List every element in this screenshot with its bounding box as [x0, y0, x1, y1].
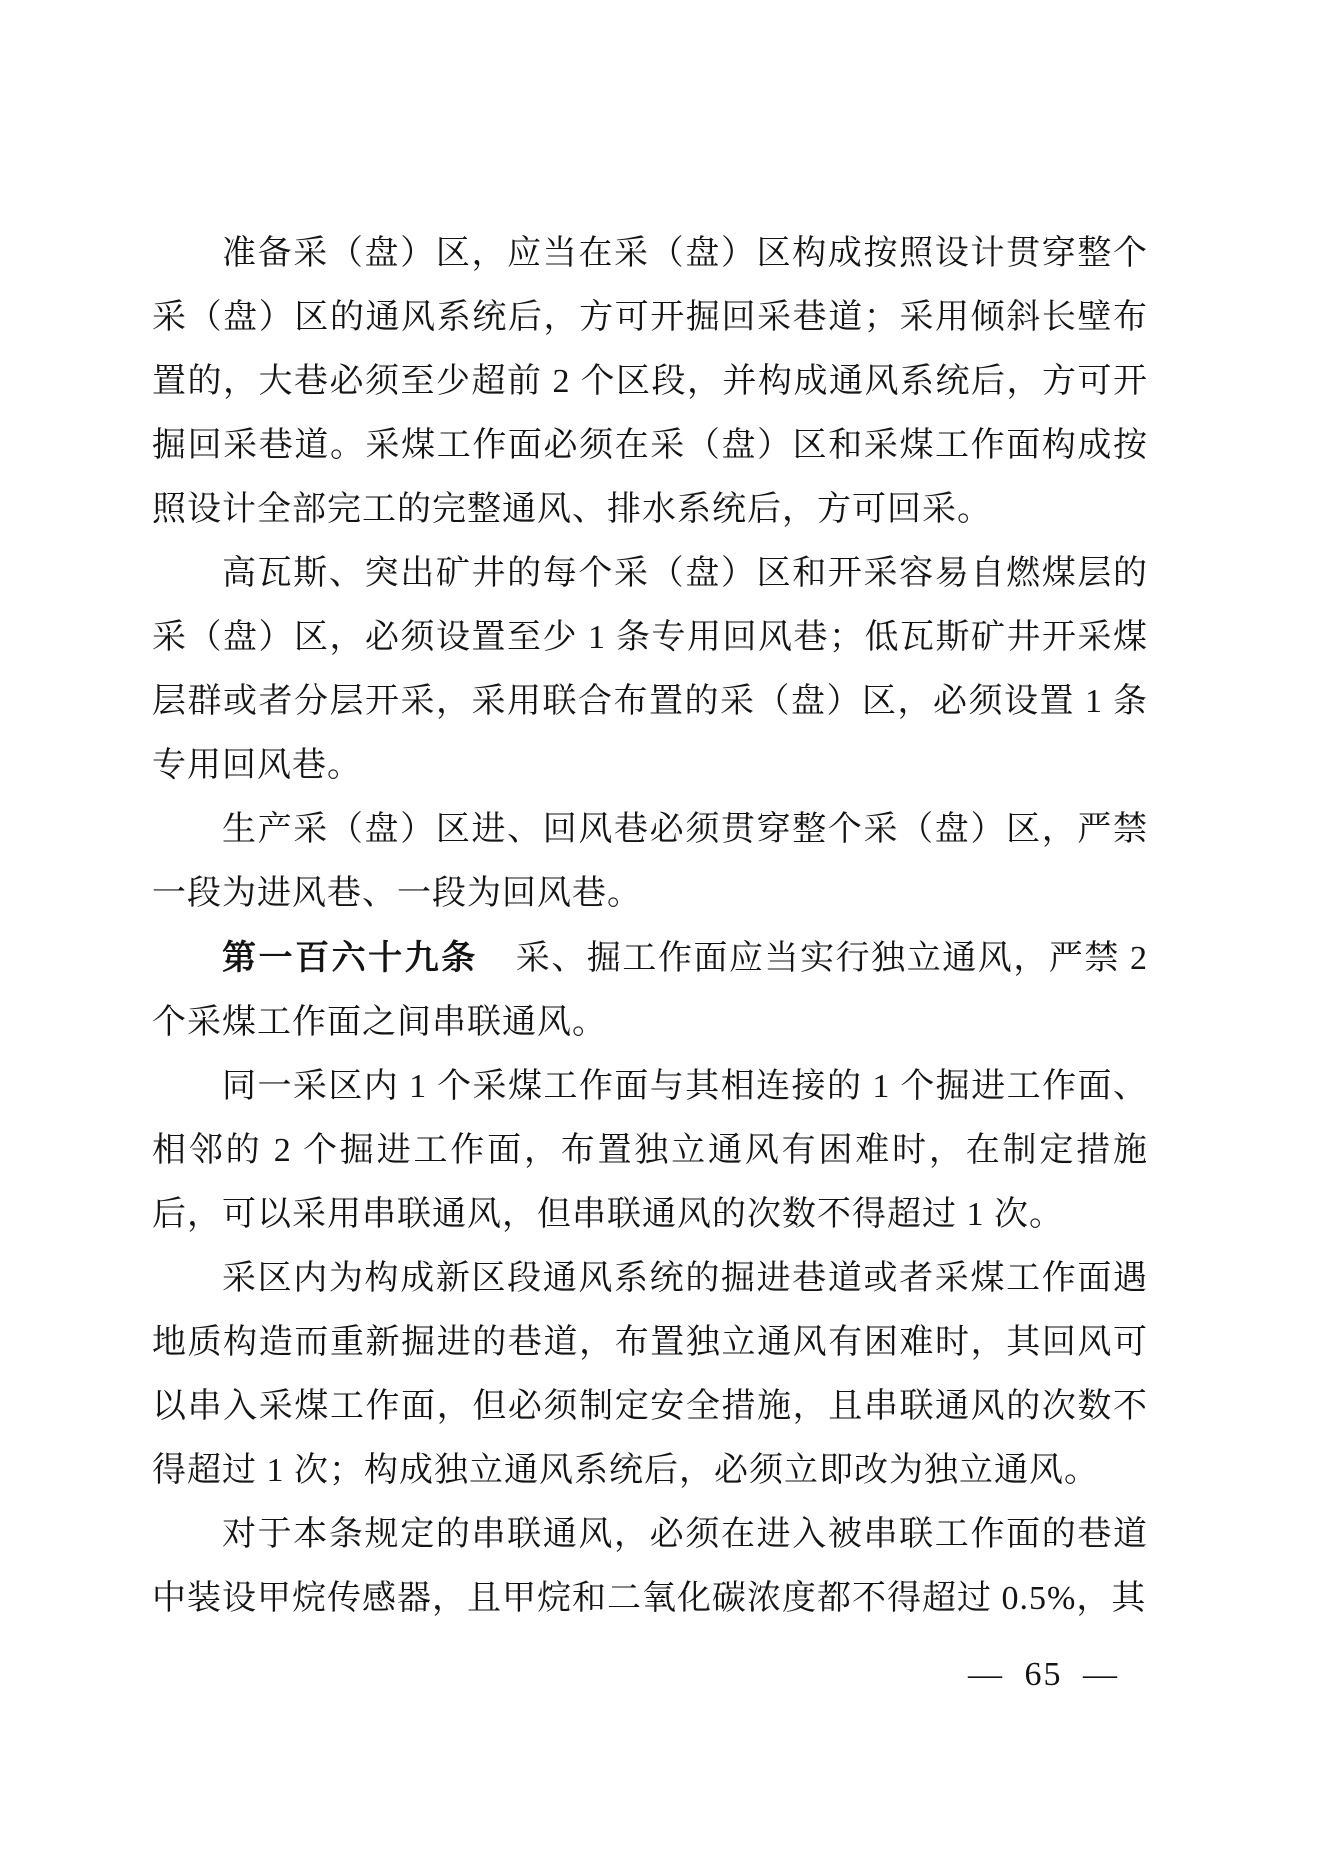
- paragraph-new-section-ventilation: 采区内为构成新区段通风系统的掘进巷道或者采煤工作面遇地质构造而重新掘进的巷道，布…: [152, 1247, 1148, 1503]
- article-number-heading: 第一百六十九条: [222, 939, 478, 977]
- document-page: 准备采（盘）区，应当在采（盘）区构成按照设计贯穿整个采（盘）区的通风系统后，方可…: [0, 0, 1323, 1871]
- document-body: 准备采（盘）区，应当在采（盘）区构成按照设计贯穿整个采（盘）区的通风系统后，方可…: [152, 222, 1148, 1631]
- paragraph-article-169: 第一百六十九条采、掘工作面应当实行独立通风，严禁 2 个采煤工作面之间串联通风。: [152, 926, 1148, 1055]
- paragraph-production-panel: 生产采（盘）区进、回风巷必须贯穿整个采（盘）区，严禁一段为进风巷、一段为回风巷。: [152, 798, 1148, 926]
- paragraph-high-gas-panel: 高瓦斯、突出矿井的每个采（盘）区和开采容易自燃煤层的采（盘）区，必须设置至少 1…: [152, 542, 1148, 798]
- paragraph-preparing-panel: 准备采（盘）区，应当在采（盘）区构成按照设计贯穿整个采（盘）区的通风系统后，方可…: [152, 222, 1148, 542]
- page-number: — 65 —: [968, 1656, 1119, 1694]
- paragraph-serial-ventilation-sensor: 对于本条规定的串联通风，必须在进入被串联工作面的巷道中装设甲烷传感器，且甲烷和二…: [152, 1503, 1148, 1631]
- paragraph-same-district: 同一采区内 1 个采煤工作面与其相连接的 1 个掘进工作面、相邻的 2 个掘进工…: [152, 1055, 1148, 1247]
